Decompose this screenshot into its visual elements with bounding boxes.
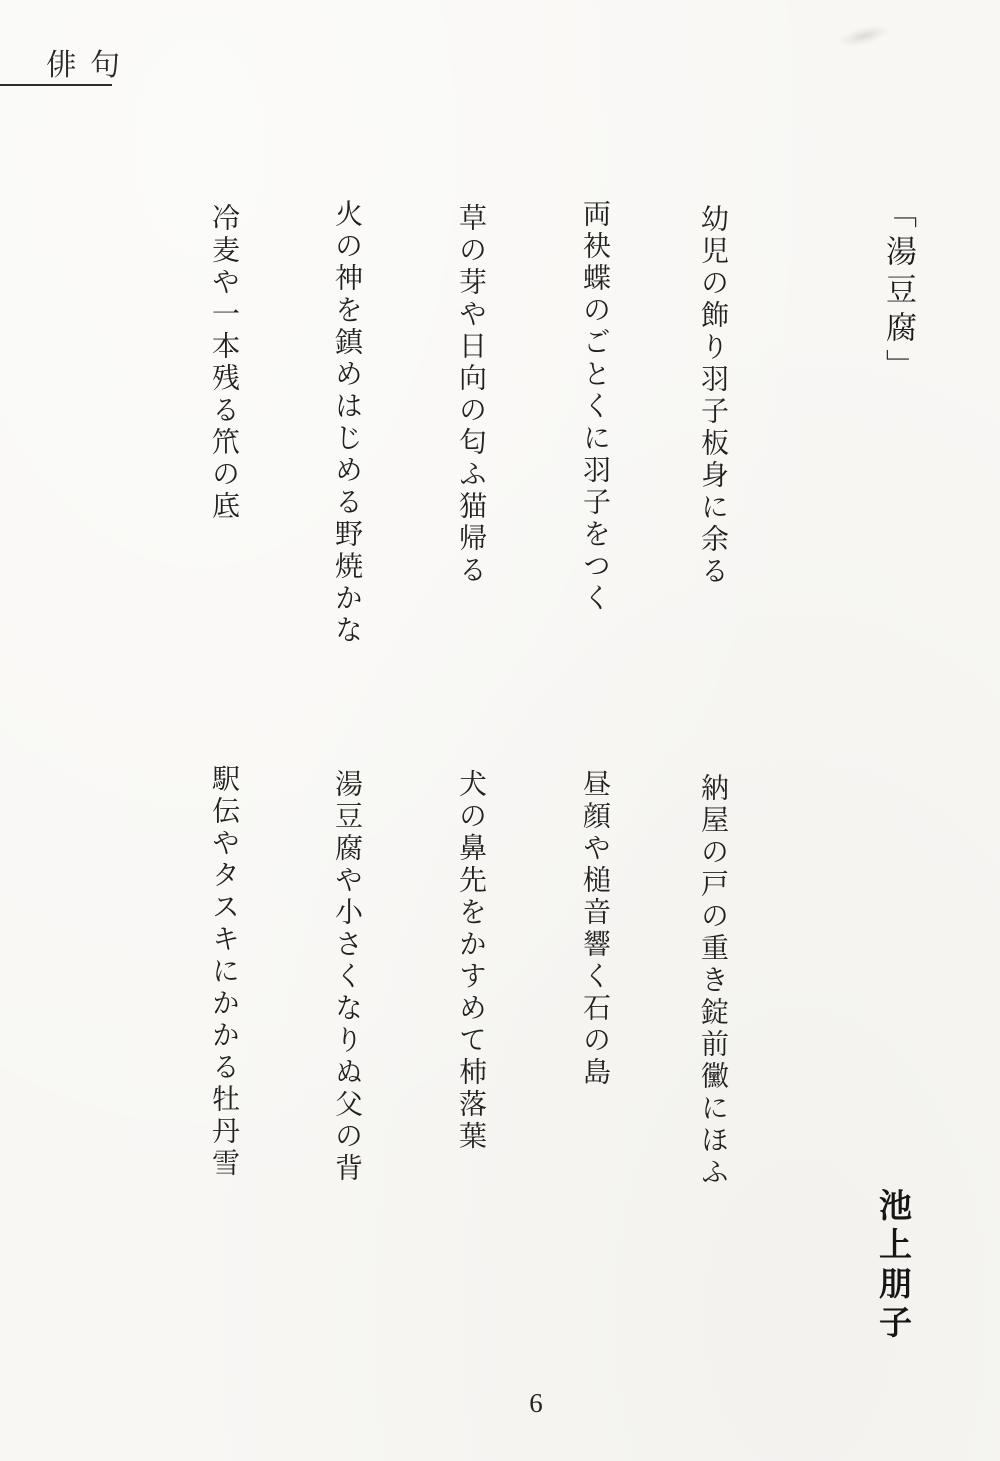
section-underline — [0, 84, 112, 86]
haiku-column-4: 火の神を鎮めはじめる野焼かな — [326, 199, 366, 647]
section-label: 俳句 — [46, 40, 134, 84]
haiku-column-5: 冷麦や一本残る笊の底 — [203, 203, 243, 523]
poem-title: 「湯豆腐」 — [876, 197, 921, 387]
haiku-column-1: 幼児の飾り羽子板身に余る — [692, 204, 732, 588]
haiku-column-3: 草の芽や日向の匂ふ猫帰る — [450, 203, 490, 587]
haiku-column-7: 昼顔や槌音響く石の島 — [574, 769, 614, 1089]
scan-smudge — [837, 22, 891, 50]
scanned-book-page: 俳句 「湯豆腐」 幼児の飾り羽子板身に余る 両袂蝶のごとくに羽子をつく 草の芽や… — [0, 0, 1000, 1461]
haiku-column-2: 両袂蝶のごとくに羽子をつく — [574, 199, 614, 615]
haiku-column-6: 納屋の戸の重き錠前黴にほふ — [692, 773, 732, 1189]
author-name: 池上朋子 — [869, 1188, 916, 1344]
haiku-column-8: 犬の鼻先をかすめて柿落葉 — [450, 769, 490, 1153]
haiku-column-10: 駅伝やタスキにかかる牡丹雪 — [203, 764, 243, 1180]
page-number: 6 — [506, 1388, 566, 1419]
haiku-column-9: 湯豆腐や小さくなりぬ父の背 — [326, 769, 366, 1185]
